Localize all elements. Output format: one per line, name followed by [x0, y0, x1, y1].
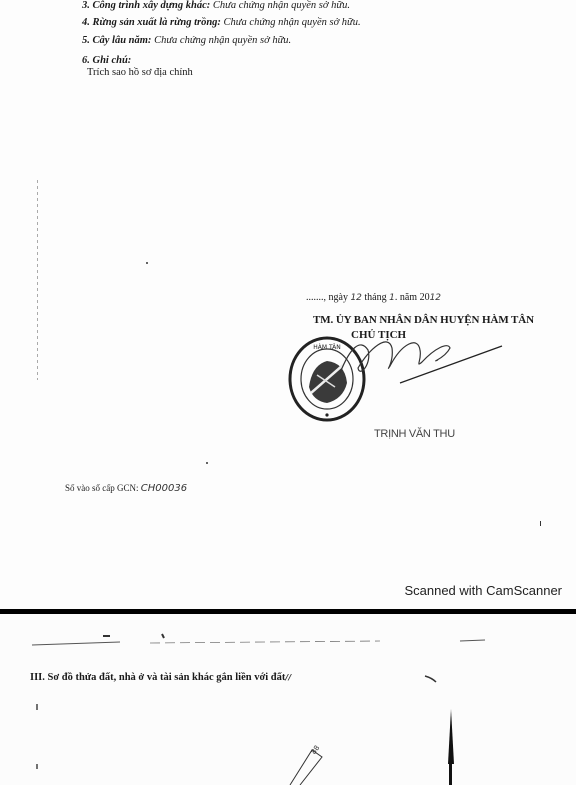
date-year-label: năm 20: [400, 292, 430, 303]
scan-margin-line: [37, 180, 38, 380]
section-heading-text: III. Sơ đồ thửa đất, nhà ở và tài sản kh…: [30, 672, 285, 683]
item-production-forest: 4. Rừng sản xuất là rừng trồng: Chưa chứ…: [82, 17, 361, 28]
item-value: Chưa chứng nhận quyền sở hữu.: [224, 17, 361, 28]
registry-number: CH00036: [141, 483, 187, 494]
item-value: Chưa chứng nhận quyền sở hữu.: [154, 35, 291, 46]
parcel-diagram: [0, 614, 576, 785]
item-other-constructions: 3. Công trình xây dựng khác: Chưa chứng …: [82, 0, 350, 11]
camscanner-watermark: Scanned with CamScanner: [404, 583, 562, 598]
item-label: 4. Rừng sản xuất là rừng trồng:: [82, 17, 221, 28]
document-page-2: III. Sơ đồ thửa đất, nhà ở và tài sản kh…: [0, 614, 576, 785]
date-day: 12: [350, 293, 361, 303]
signature-icon: [330, 328, 505, 388]
scan-speck: [206, 462, 208, 464]
registry-entry: Số vào sổ cấp GCN: CH00036: [65, 483, 187, 494]
item-label: 3. Công trình xây dựng khác:: [82, 0, 210, 11]
item-label: 5. Cây lâu năm:: [82, 35, 151, 46]
date-year-suffix: 12: [430, 293, 441, 303]
handwritten-mark: //: [285, 673, 291, 682]
document-page-1: 3. Công trình xây dựng khác: Chưa chứng …: [0, 0, 576, 609]
scan-speck: [540, 521, 541, 526]
item-notes: 6. Ghi chú:: [82, 55, 131, 66]
note-text: Trích sao hồ sơ địa chính: [87, 67, 193, 78]
date-month-label: tháng: [364, 292, 386, 303]
item-value: Chưa chứng nhận quyền sở hữu.: [213, 0, 350, 11]
item-label: 6. Ghi chú:: [82, 55, 131, 66]
item-perennial-trees: 5. Cây lâu năm: Chưa chứng nhận quyền sở…: [82, 35, 291, 46]
scan-speck: [146, 262, 148, 264]
issuing-authority: TM. ỦY BAN NHÂN DÂN HUYỆN HÀM TÂN: [313, 314, 534, 326]
signer-name: TRỊNH VĂN THU: [374, 428, 455, 440]
section-heading: III. Sơ đồ thửa đất, nhà ở và tài sản kh…: [30, 672, 291, 683]
registry-label: Số vào sổ cấp GCN:: [65, 483, 139, 493]
date-prefix: ......., ngày: [306, 292, 348, 303]
date-month: 1: [389, 293, 395, 303]
date-line: ......., ngày 12 tháng 1. năm 2012: [306, 292, 441, 303]
